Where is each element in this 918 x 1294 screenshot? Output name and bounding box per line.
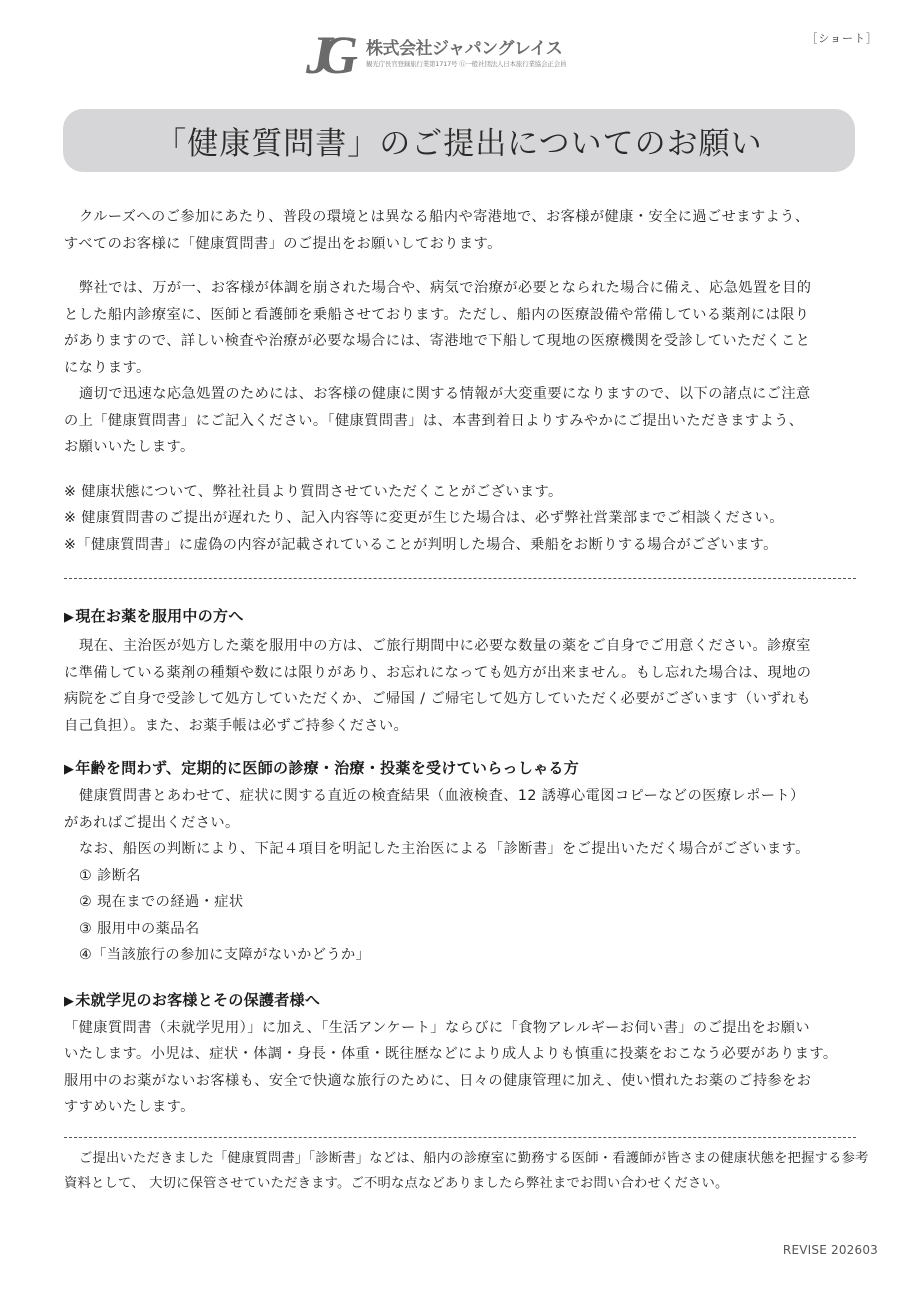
triangle-bullet-icon: ▶ [64, 610, 74, 625]
document-body: クルーズへのご参加にあたり、普段の環境とは異なる船内や寄港地で、お客様が健康・安… [64, 204, 856, 1196]
company-registration: 観光庁長官登録旅行業第1717号 Ⓖ一般社団法人日本旅行業協会正会員 [366, 59, 566, 68]
title-banner: 「健康質問書」のご提出についてのお願い [63, 109, 855, 172]
list-item: ① 診断名 [64, 863, 856, 890]
logo-mark: JG [306, 26, 366, 84]
text-line: 服用中のお薬がないお客様も、安全で快適な旅行のために、日々の健康管理に加え、使い… [64, 1068, 856, 1095]
text-line: お願いいたします。 [64, 434, 856, 461]
text-line: になります。 [64, 355, 856, 382]
text-line: 資料として、 大切に保管させていただきます。ご不明な点などありましたら弊社までお… [64, 1171, 856, 1196]
company-name: 株式会社ジャパングレイス [366, 34, 562, 59]
footer-note: ご提出いただきました「健康質問書」「診断書」などは、船内の診療室に勤務する医師・… [64, 1146, 856, 1196]
intro-paragraph-3: 適切で迅速な応急処置のためには、お客様の健康に関する情報が大変重要になりますので… [64, 381, 856, 461]
intro-paragraph-2: 弊社では、万が一、お客様が体調を崩された場合や、病気で治療が必要となられた場合に… [64, 275, 856, 381]
text-line: すすめいたします。 [64, 1094, 856, 1121]
section-current-medication: ▶現在お薬を服用中の方へ 現在、主治医が処方した薬を服用中の方は、ご旅行期間中に… [64, 603, 856, 739]
section-heading-text: 現在お薬を服用中の方へ [75, 607, 243, 625]
page-title: 「健康質問書」のご提出についてのお願い [155, 118, 762, 163]
text-line: 適切で迅速な応急処置のためには、お客様の健康に関する情報が大変重要になりますので… [64, 381, 856, 408]
text-line: クルーズへのご参加にあたり、普段の環境とは異なる船内や寄港地で、お客様が健康・安… [64, 204, 856, 231]
page-header: JG 株式会社ジャパングレイス 観光庁長官登録旅行業第1717号 Ⓖ一般社団法人… [0, 0, 918, 100]
text-line: とした船内診療室に、医師と看護師を乗船させております。ただし、船内の医療設備や常… [64, 302, 856, 329]
section-preschool-children: ▶未就学児のお客様とその保護者様へ 「健康質問書（未就学児用）」に加え、「生活ア… [64, 987, 856, 1121]
triangle-bullet-icon: ▶ [64, 762, 74, 777]
text-line: 病院をご自身で受診して処方していただくか、ご帰国 / ご帰宅して処方していただく… [64, 686, 856, 713]
text-line: すべてのお客様に「健康質問書」のご提出をお願いしております。 [64, 231, 856, 258]
section-heading: ▶現在お薬を服用中の方へ [64, 603, 856, 631]
text-line: 「健康質問書（未就学児用）」に加え、「生活アンケート」ならびに「食物アレルギーお… [64, 1015, 856, 1042]
section-heading: ▶年齢を問わず、定期的に医師の診療・治療・投薬を受けていらっしゃる方 [64, 755, 856, 783]
text-line: に準備している薬剤の種類や数には限りがあり、お忘れになっても処方が出来ません。も… [64, 660, 856, 687]
document-type-label: ［ショート］ [806, 30, 878, 46]
text-line: 自己負担）。また、お薬手帳は必ずご持参ください。 [64, 713, 856, 740]
required-items-list: ① 診断名 ② 現在までの経過・症状 ③ 服用中の薬品名 ④「当該旅行の参加に支… [64, 863, 856, 969]
company-logo: JG 株式会社ジャパングレイス 観光庁長官登録旅行業第1717号 Ⓖ一般社団法人… [306, 26, 616, 84]
text-line: ご提出いただきました「健康質問書」「診断書」などは、船内の診療室に勤務する医師・… [64, 1146, 856, 1171]
list-item: ② 現在までの経過・症状 [64, 889, 856, 916]
section-regular-treatment: ▶年齢を問わず、定期的に医師の診療・治療・投薬を受けていらっしゃる方 健康質問書… [64, 755, 856, 969]
notes-list: ※ 健康状態について、弊社社員より質問させていただくことがございます。 ※ 健康… [64, 479, 856, 559]
section-heading: ▶未就学児のお客様とその保護者様へ [64, 987, 856, 1015]
section-heading-text: 未就学児のお客様とその保護者様へ [75, 991, 320, 1009]
note-item: ※ 健康質問書のご提出が遅れたり、記入内容等に変更が生じた場合は、必ず弊社営業部… [64, 505, 856, 532]
revision-label: REVISE 202603 [783, 1243, 878, 1257]
list-item: ④「当該旅行の参加に支障がないかどうか」 [64, 942, 856, 969]
text-line: がありますので、詳しい検査や治療が必要な場合には、寄港地で下船して現地の医療機関… [64, 328, 856, 355]
text-line: 健康質問書とあわせて、症状に関する直近の検査結果（血液検査、12 誘導心電図コピ… [64, 783, 856, 810]
text-line: なお、船医の判断により、下記４項目を明記した主治医による「診断書」をご提出いただ… [64, 836, 856, 863]
text-line: 現在、主治医が処方した薬を服用中の方は、ご旅行期間中に必要な数量の薬をご自身でご… [64, 633, 856, 660]
note-item: ※ 健康状態について、弊社社員より質問させていただくことがございます。 [64, 479, 856, 506]
note-item: ※「健康質問書」に虚偽の内容が記載されていることが判明した場合、乗船をお断りする… [64, 532, 856, 559]
text-line: があればご提出ください。 [64, 810, 856, 837]
section-heading-text: 年齢を問わず、定期的に医師の診療・治療・投薬を受けていらっしゃる方 [75, 759, 579, 777]
text-line: 弊社では、万が一、お客様が体調を崩された場合や、病気で治療が必要となられた場合に… [64, 275, 856, 302]
intro-paragraph-1: クルーズへのご参加にあたり、普段の環境とは異なる船内や寄港地で、お客様が健康・安… [64, 204, 856, 257]
text-line: いたします。小児は、症状・体調・身長・体重・既往歴などにより成人よりも慎重に投薬… [64, 1041, 856, 1068]
list-item: ③ 服用中の薬品名 [64, 916, 856, 943]
triangle-bullet-icon: ▶ [64, 994, 74, 1009]
text-line: の上「健康質問書」にご記入ください。「健康質問書」は、本書到着日よりすみやかにご… [64, 408, 856, 435]
